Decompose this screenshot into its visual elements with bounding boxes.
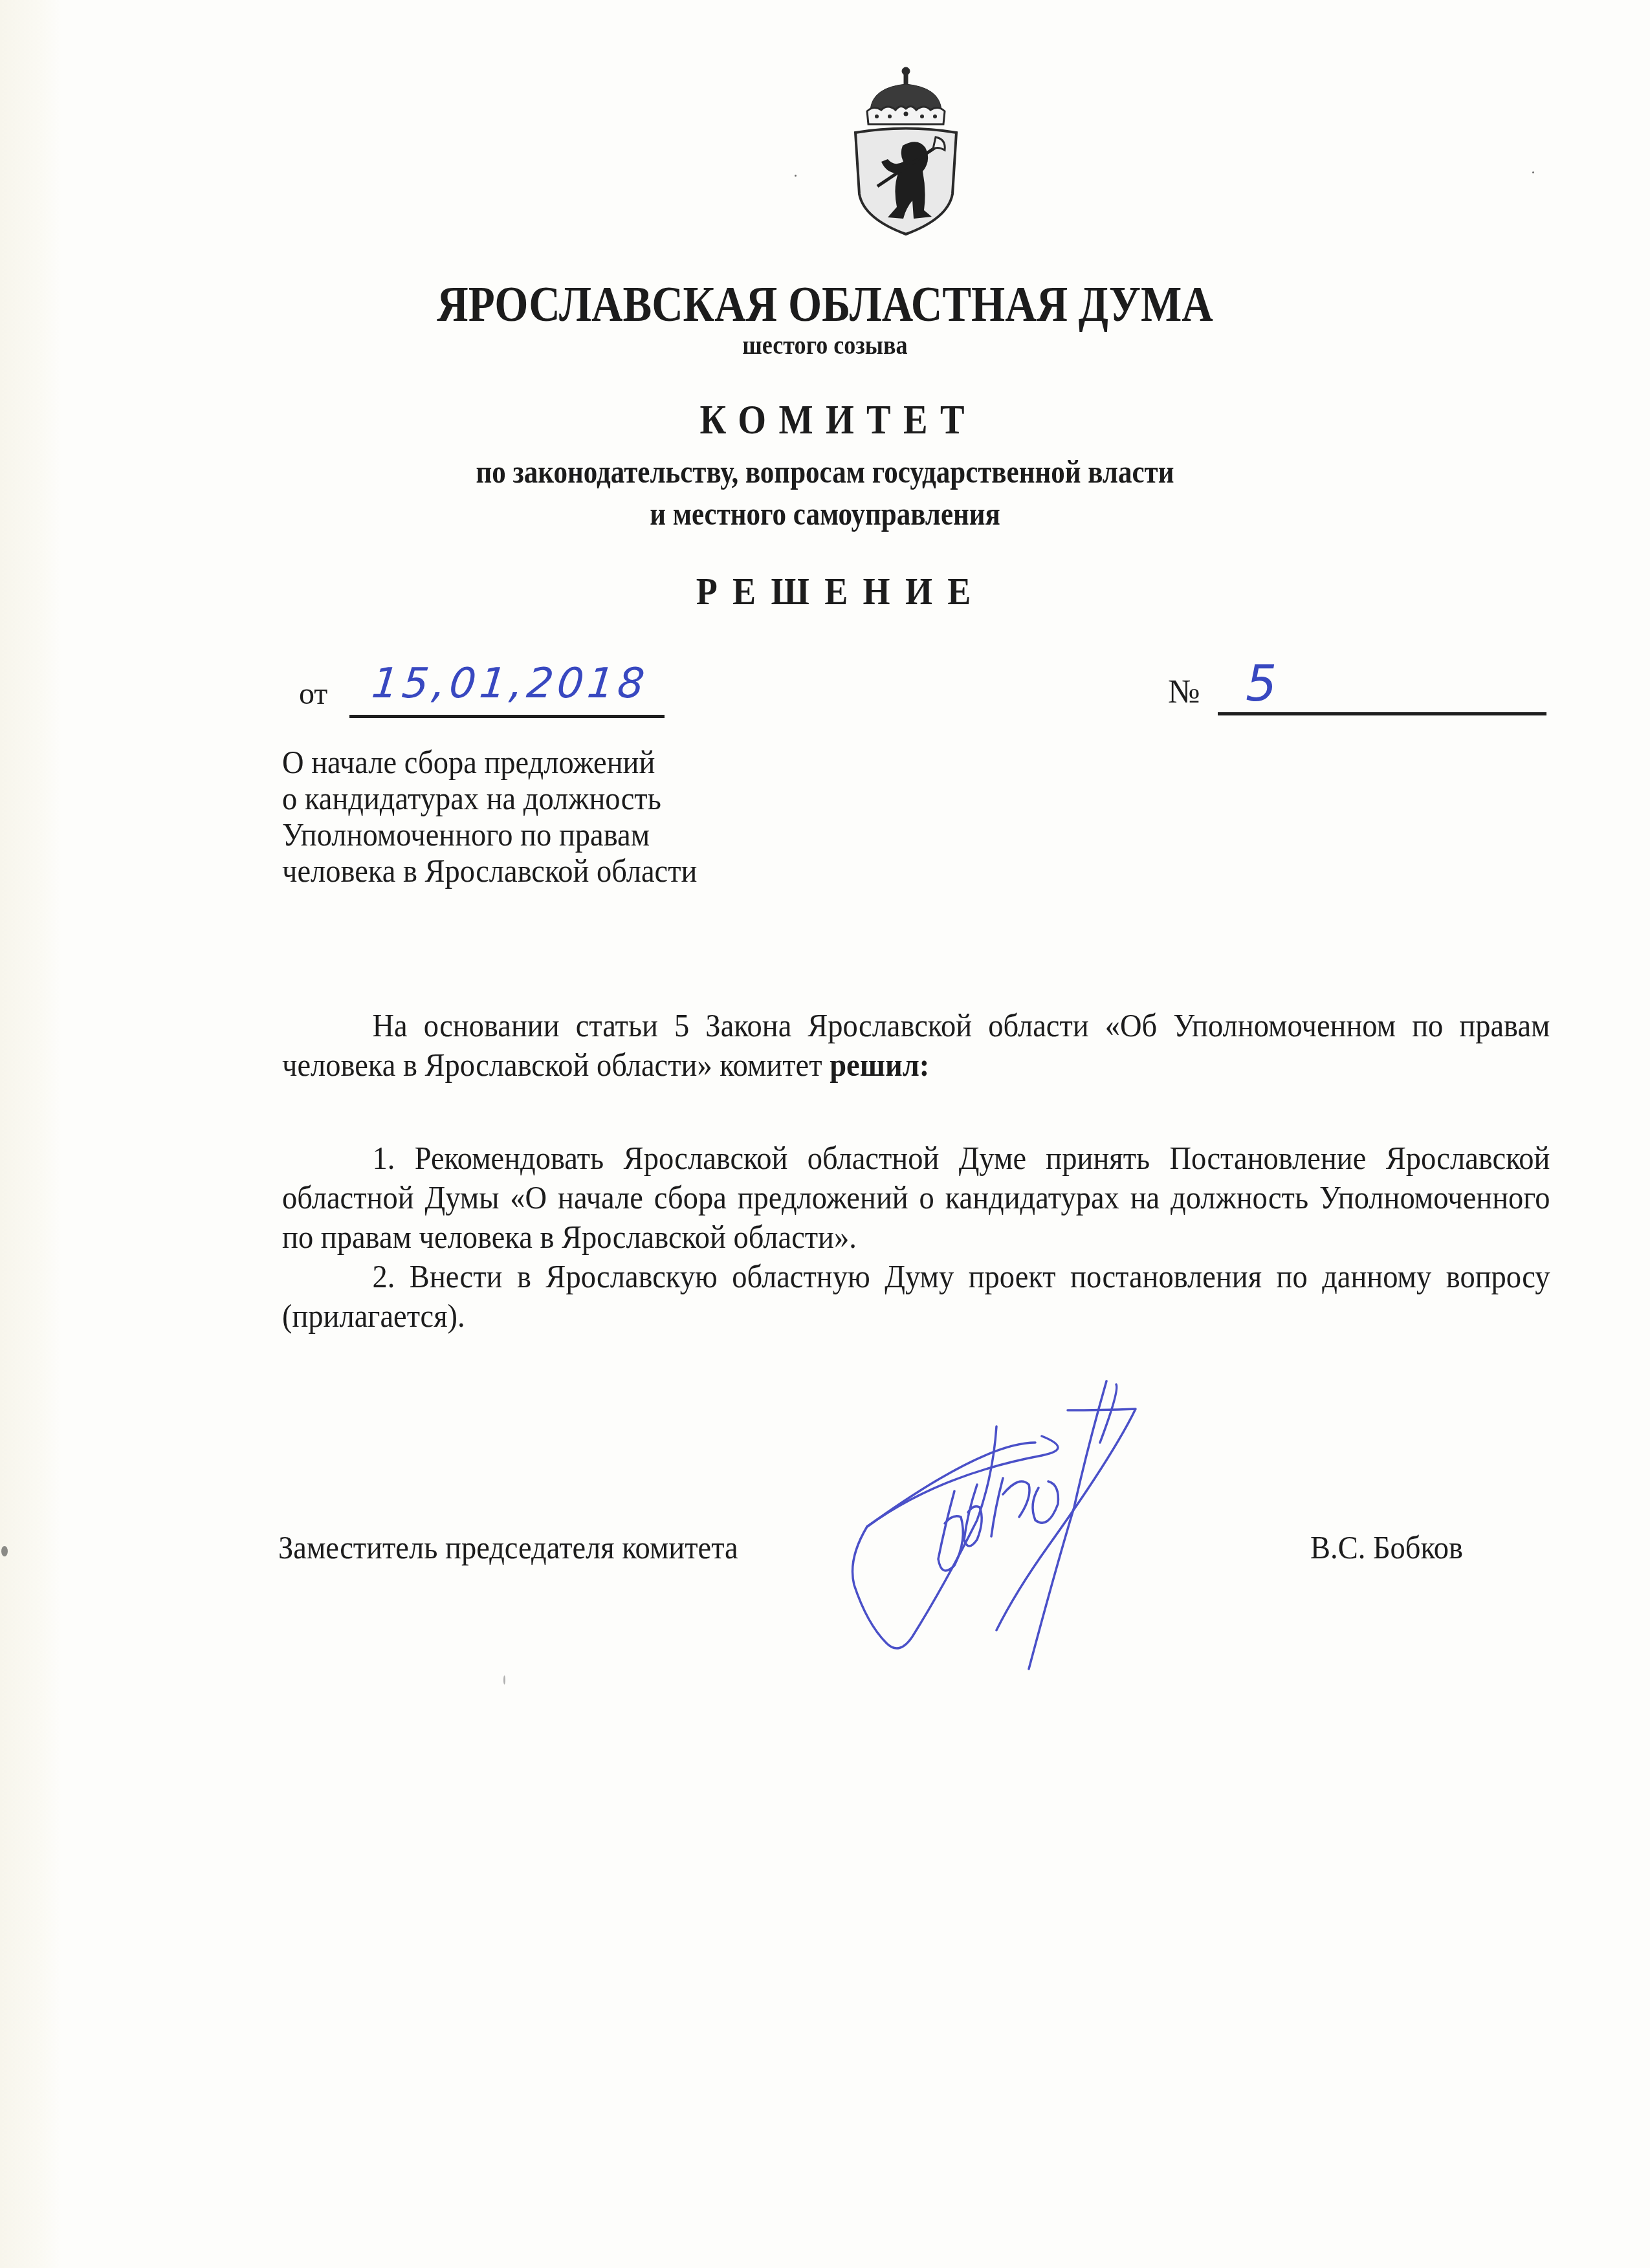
subject-line: О начале сбора предложений	[282, 744, 697, 780]
signatory-position: Заместитель председателя комитета	[278, 1529, 738, 1566]
subject-line: о кандидатурах на должность	[282, 780, 697, 816]
scan-speck	[1, 1546, 8, 1556]
scan-page-edge	[0, 0, 61, 2268]
subject-line: человека в Ярославской области	[282, 853, 697, 889]
committee-heading: КОМИТЕТ	[100, 396, 1564, 444]
document-subject: О начале сбора предложений о кандидатура…	[282, 744, 697, 889]
document-type-heading: РЕШЕНИЕ	[83, 569, 1583, 614]
number-handwritten-value: 5	[1246, 655, 1277, 712]
organization-title: ЯРОСЛАВСКАЯ ОБЛАСТНАЯ ДУМА	[116, 275, 1535, 333]
coat-of-arms-icon	[841, 65, 971, 239]
resolution-item: 2. Внести в Ярославскую областную Думу п…	[282, 1257, 1550, 1336]
number-underline	[1218, 712, 1546, 715]
scan-speck	[503, 1675, 505, 1685]
committee-name-line-1: по законодательству, вопросам государств…	[116, 453, 1535, 490]
number-label: №	[1168, 673, 1200, 711]
committee-name-line-2: и местного самоуправления	[116, 495, 1535, 532]
date-underline	[349, 715, 665, 718]
date-handwritten-value: 15,01,2018	[369, 660, 650, 708]
resolved-keyword: решил:	[830, 1047, 929, 1083]
subject-line: Уполномоченного по правам	[282, 816, 697, 853]
convocation-subtitle: шестого созыва	[116, 330, 1535, 361]
preamble-paragraph: На основании статьи 5 Закона Ярославской…	[282, 1006, 1550, 1085]
resolution-items: 1. Рекомендовать Ярославской областной Д…	[282, 1139, 1550, 1336]
scan-speck	[795, 175, 797, 177]
handwritten-signature	[841, 1365, 1424, 1818]
scan-speck	[1532, 171, 1534, 173]
resolution-item: 1. Рекомендовать Ярославской областной Д…	[282, 1139, 1550, 1257]
date-label: от	[299, 676, 327, 712]
